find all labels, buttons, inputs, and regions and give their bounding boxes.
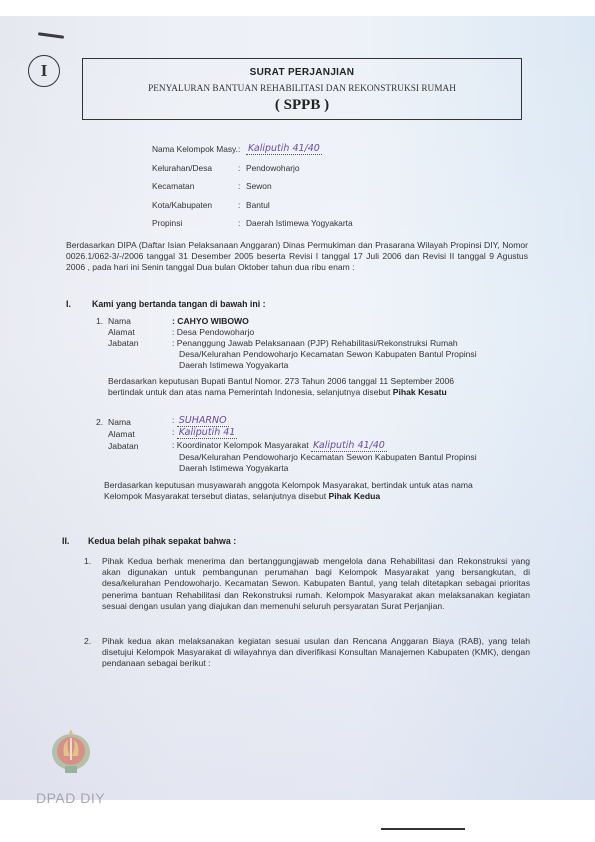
identity-value-handwritten: Kaliputih 41/40 (246, 143, 322, 155)
party-2: 2. Nama : SUHARNO Alamat : Kaliputih 41 … (96, 417, 546, 477)
agreement-item: 1. Pihak Kedua berhak menerima dan berta… (102, 556, 530, 612)
party-1-basis: Berdasarkan keputusan Bupati Bantul Nomo… (108, 376, 548, 398)
document-title: SURAT PERJANJIAN (83, 67, 521, 78)
document-photo (0, 16, 595, 800)
title-box: SURAT PERJANJIAN PENYALURAN BANTUAN REHA… (82, 58, 522, 120)
document-subtitle: PENYALURAN BANTUAN REHABILITASI DAN REKO… (83, 84, 521, 94)
section-1-heading: I.Kami yang bertanda tangan di bawah ini… (66, 299, 266, 309)
identity-label: Nama Kelompok Masy. (152, 144, 238, 154)
identity-label: Propinsi (152, 218, 238, 228)
identity-value: Bantul (246, 200, 270, 210)
party-2-name-handwritten: SUHARNO (177, 415, 229, 427)
identity-row: Kelurahan/Desa : Pendowoharjo (152, 159, 353, 178)
emblem-icon (50, 728, 92, 778)
identity-table: Nama Kelompok Masy. : Kaliputih 41/40 Ke… (152, 140, 353, 233)
party-2-group-handwritten: Kaliputih 41/40 (311, 440, 387, 452)
party-2-basis: Berdasarkan keputusan musyawarah anggota… (104, 480, 554, 502)
document-code: ( SPPB ) (83, 97, 521, 114)
identity-row: Nama Kelompok Masy. : Kaliputih 41/40 (152, 140, 353, 159)
agreement-item: 2. Pihak kedua akan melaksanakan kegiata… (102, 636, 530, 670)
identity-label: Kota/Kabupaten (152, 200, 238, 210)
identity-value: Pendowoharjo (246, 163, 300, 173)
identity-row: Kecamatan : Sewon (152, 177, 353, 196)
watermark: DPAD DIY (36, 790, 105, 806)
identity-value: Daerah Istimewa Yogyakarta (246, 218, 353, 228)
party-1-role: Pihak Kesatu (393, 387, 447, 397)
party-2-address-handwritten: Kaliputih 41 (177, 427, 238, 439)
page-number-circle: I (28, 55, 60, 87)
party-1-name: : CAHYO WIBOWO (172, 316, 542, 327)
intro-paragraph: Berdasarkan DIPA (Daftar Isian Pelaksana… (66, 240, 528, 273)
identity-row: Propinsi : Daerah Istimewa Yogyakarta (152, 214, 353, 233)
party-2-role: Pihak Kedua (329, 491, 381, 501)
identity-label: Kecamatan (152, 181, 238, 191)
identity-label: Kelurahan/Desa (152, 163, 238, 173)
identity-row: Kota/Kabupaten : Bantul (152, 196, 353, 215)
section-2-heading: II.Kedua belah pihak sepakat bahwa : (62, 536, 236, 546)
footer-line (381, 828, 465, 830)
identity-value: Sewon (246, 181, 272, 191)
party-1: 1. Nama : CAHYO WIBOWO Alamat : Desa Pen… (96, 316, 546, 376)
